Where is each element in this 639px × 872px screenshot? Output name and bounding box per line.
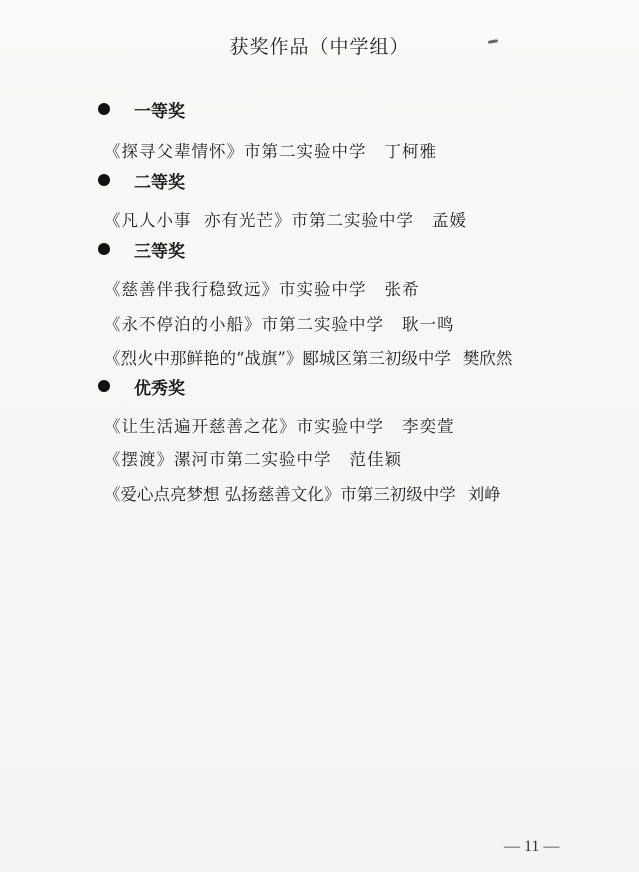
document-page: 获奖作品（中学组） 一等奖 《探寻父辈情怀》市第二实验中学丁柯雅 二等奖 《凡人…: [0, 0, 639, 872]
author-name: 刘峥: [468, 485, 501, 504]
section-heading-third-prize: 三等奖: [98, 237, 185, 261]
section-heading-label: 一等奖: [134, 97, 185, 122]
award-entry: 《慈善伴我行稳致远》市实验中学张希: [104, 276, 420, 300]
school-name: 郾城区第三初级中学: [302, 349, 451, 368]
award-entry: 《永不停泊的小船》市第二实验中学耿一鸣: [104, 311, 455, 335]
work-title: 《永不停泊的小船》: [104, 315, 262, 334]
work-title: 《凡人小事 亦有光芒》: [104, 211, 292, 230]
award-entry: 《凡人小事 亦有光芒》市第二实验中学孟媛: [104, 207, 467, 231]
section-heading-label: 二等奖: [134, 168, 185, 193]
work-title: 《摆渡》: [104, 450, 174, 469]
section-heading-second-prize: 二等奖: [98, 168, 185, 192]
school-name: 漯河市第二实验中学: [174, 450, 332, 469]
bullet-icon: [98, 380, 110, 392]
school-name: 市第二实验中学: [292, 211, 415, 230]
author-name: 张希: [385, 280, 420, 299]
bullet-icon: [98, 243, 110, 255]
work-title: 《慈善伴我行稳致远》: [104, 280, 279, 299]
award-entry: 《烈火中那鲜艳的“战旗”》郾城区第三初级中学樊欣然: [104, 345, 512, 369]
award-entry: 《探寻父辈情怀》市第二实验中学丁柯雅: [104, 138, 437, 162]
author-name: 范佳颖: [350, 450, 403, 469]
page-title: 获奖作品（中学组）: [0, 32, 639, 59]
school-name: 市第二实验中学: [262, 315, 385, 334]
work-title: 《爱心点亮梦想 弘扬慈善文化》: [104, 485, 340, 504]
award-entry: 《让生活遍开慈善之花》市实验中学李奕萱: [104, 413, 455, 437]
section-heading-label: 优秀奖: [134, 374, 185, 399]
work-title: 《探寻父辈情怀》: [104, 142, 244, 161]
award-entry: 《爱心点亮梦想 弘扬慈善文化》市第三初级中学刘峥: [104, 481, 501, 505]
bullet-icon: [98, 103, 110, 115]
work-title: 《让生活遍开慈善之花》: [104, 417, 297, 436]
section-heading-label: 三等奖: [134, 237, 185, 262]
school-name: 市第三初级中学: [340, 485, 456, 504]
page-number: — 11 —: [504, 838, 559, 856]
author-name: 丁柯雅: [385, 142, 438, 161]
author-name: 孟媛: [432, 211, 467, 230]
author-name: 李奕萱: [402, 417, 455, 436]
bullet-icon: [98, 174, 110, 186]
award-entry: 《摆渡》漯河市第二实验中学范佳颖: [104, 446, 402, 470]
school-name: 市第二实验中学: [244, 142, 367, 161]
author-name: 耿一鸣: [402, 315, 455, 334]
section-heading-honorable-mention: 优秀奖: [98, 374, 185, 398]
school-name: 市实验中学: [297, 417, 385, 436]
work-title: 《烈火中那鲜艳的“战旗”》: [104, 349, 302, 368]
author-name: 樊欣然: [463, 349, 513, 368]
section-heading-first-prize: 一等奖: [98, 97, 185, 121]
school-name: 市实验中学: [279, 280, 367, 299]
